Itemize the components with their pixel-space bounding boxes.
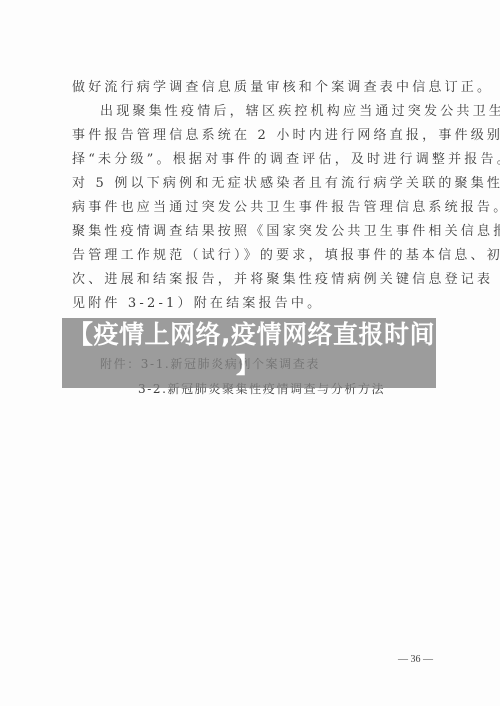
paragraph-line: 事件报告管理信息系统在 2 小时内进行网络直报，事件级别选 bbox=[72, 128, 500, 144]
paragraph-line: 见附件 3-2-1）附在结案报告中。 bbox=[72, 296, 323, 312]
paragraph-line: 聚集性疫情调查结果按照《国家突发公共卫生事件相关信息报 bbox=[72, 224, 500, 240]
page-number: — 36 — bbox=[398, 654, 433, 665]
paragraph-line: 次、进展和结案报告，并将聚集性疫情病例关键信息登记表（参 bbox=[72, 272, 500, 288]
overlay-title: 【疫情上网络,疫情网络直报时间 bbox=[68, 320, 435, 350]
paragraph-line: 病事件也应当通过突发公共卫生事件报告管理信息系统报告。 bbox=[72, 200, 500, 216]
overlay-title-close-bracket: 】 bbox=[236, 354, 258, 380]
paragraph-line: 告管理工作规范（试行）》的要求，填报事件的基本信息、初 bbox=[72, 248, 500, 264]
paragraph-line: 择“未分级”。根据对事件的调查评估，及时进行调整并报告。 bbox=[72, 152, 500, 168]
paragraph-line: 出现聚集性疫情后，辖区疾控机构应当通过突发公共卫生 bbox=[100, 104, 500, 120]
paragraph-line: 做好流行病学调查信息质量审核和个案调查表中信息订正。 bbox=[72, 80, 493, 96]
paragraph-line: 对 5 例以下病例和无症状感染者且有流行病学关联的聚集性发 bbox=[72, 176, 500, 192]
